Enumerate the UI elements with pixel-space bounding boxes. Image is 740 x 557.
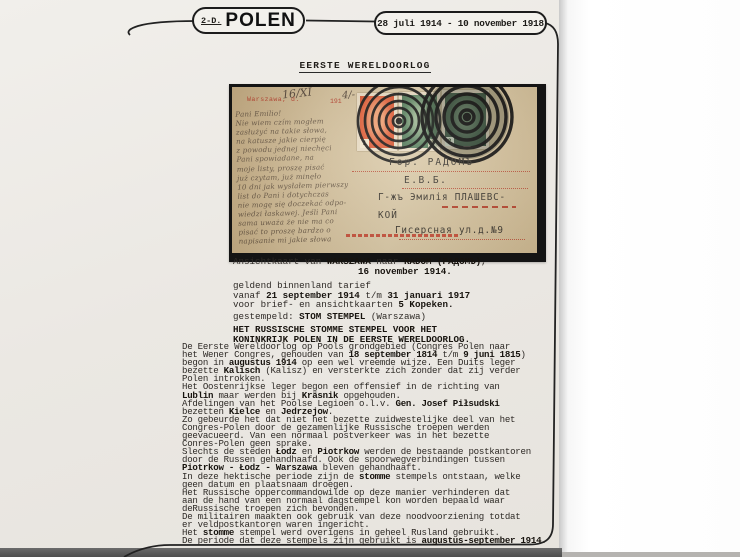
address-name-line2: КОЙ <box>378 210 398 221</box>
table-background-right <box>562 552 740 557</box>
stamp-value: 2 <box>445 137 454 146</box>
postcard-front: Warszawa, d. 16/XI 191 4/- Pani Emilio!N… <box>232 87 537 253</box>
postage-stamp-2-kopek: 2 <box>442 90 489 149</box>
stamp-design <box>402 95 437 148</box>
address-name-line: Г-жъ Эмилія ПЛАШЕВС- <box>378 192 506 203</box>
address-dotted-rule <box>352 170 530 172</box>
handwritten-date: 16/XI <box>281 87 312 102</box>
table-background <box>0 548 562 557</box>
postage-stamp-1-kopek: 1 <box>357 93 397 151</box>
address-line: Е.В.Б. <box>404 175 447 186</box>
handwritten-year: 4/- <box>342 90 356 102</box>
postcard-printed-place: Warszawa, d. <box>247 96 300 103</box>
stamp-value: 1 <box>360 139 369 148</box>
stamp-design <box>445 93 486 146</box>
album-page-photo: 2-D. POLEN 28 juli 1914 - 10 november 19… <box>0 0 740 557</box>
address-street-line: Гисерсная ул.д.№9 <box>395 225 504 236</box>
mute-cancel-icon <box>422 87 512 162</box>
mute-cancel-icons <box>232 87 537 253</box>
postcard-caption-date: 16 november 1914. <box>358 266 452 277</box>
country-label: POLEN <box>225 11 295 30</box>
cancellation-note: gestempeld: STOM STEMPEL (Warszawa) <box>233 311 426 322</box>
address-dotted-rule <box>402 187 528 189</box>
address-city-line: Гор. РАДОМЪ <box>389 157 474 168</box>
period-label: 28 juli 1914 - 10 november 1918 <box>377 18 544 29</box>
address-dotted-rule <box>399 238 525 240</box>
page-number-label: 2-D. <box>201 16 221 26</box>
body-text: De Eerste Wereldoorlog op Pools grondgeb… <box>182 343 547 545</box>
period-oval: 28 juli 1914 - 10 november 1918 <box>374 11 547 35</box>
page-title: EERSTE WERELDOORLOG <box>280 55 450 73</box>
stamp-design <box>360 96 394 148</box>
page-number-country-oval: 2-D. POLEN <box>192 7 305 34</box>
address-underline-dashes <box>442 206 516 208</box>
postcard-printed-year: 191 <box>330 98 342 105</box>
postcard-imprint-line <box>346 234 458 237</box>
handwritten-message: Pani Emilio!Nie wiem czím mogłemzasłużyć… <box>235 106 369 246</box>
mute-cancel-icon <box>358 87 440 162</box>
tariff-info: geldend binnenland tariefvanaf 21 septem… <box>233 281 470 310</box>
adjacent-page-edge <box>559 0 740 557</box>
stamp-value: 2 <box>428 139 437 148</box>
postage-stamp-2-kopek: 2 <box>399 92 440 151</box>
postcard-photo: Warszawa, d. 16/XI 191 4/- Pani Emilio!N… <box>229 84 546 262</box>
